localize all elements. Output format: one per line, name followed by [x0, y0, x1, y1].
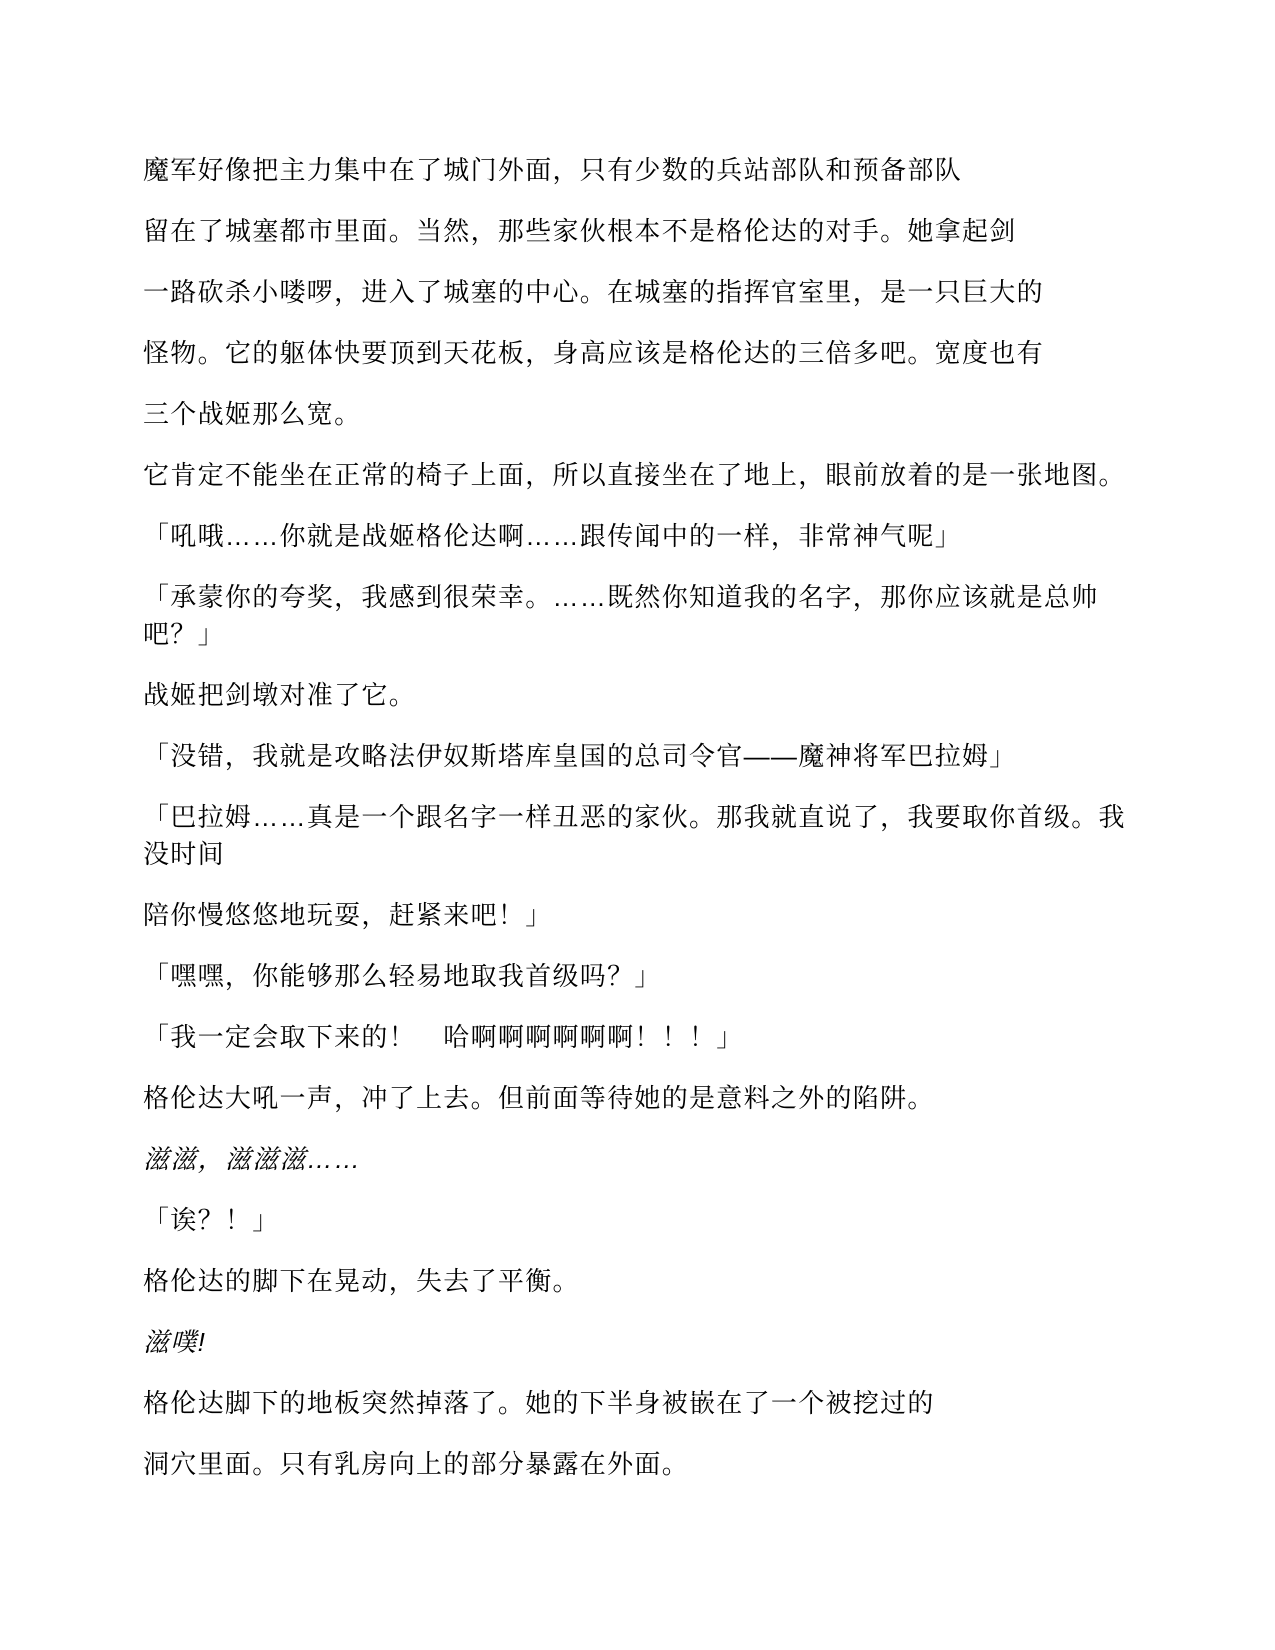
text-line: 战姬把剑墩对准了它。 [143, 677, 1135, 714]
text-line: 怪物。它的躯体快要顶到天花板，身高应该是格伦达的三倍多吧。宽度也有 [143, 335, 1135, 372]
text-line: 「嘿嘿，你能够那么轻易地取我首级吗？」 [143, 958, 1135, 995]
paragraph: 留在了城塞都市里面。当然，那些家伙根本不是格伦达的对手。她拿起剑 [143, 213, 1135, 250]
paragraph: 「巴拉姆……真是一个跟名字一样丑恶的家伙。那我就直说了，我要取你首级。我没时间 [143, 799, 1135, 873]
paragraph: 格伦达的脚下在晃动，失去了平衡。 [143, 1263, 1135, 1300]
text-line: 魔军好像把主力集中在了城门外面，只有少数的兵站部队和预备部队 [143, 152, 1135, 189]
paragraph: 怪物。它的躯体快要顶到天花板，身高应该是格伦达的三倍多吧。宽度也有 [143, 335, 1135, 372]
paragraph: 战姬把剑墩对准了它。 [143, 677, 1135, 714]
text-line: 没时间 [143, 836, 1135, 873]
text-line: 「我一定会取下来的！ 哈啊啊啊啊啊啊！！！」 [143, 1019, 1135, 1056]
paragraph: 它肯定不能坐在正常的椅子上面，所以直接坐在了地上，眼前放着的是一张地图。 [143, 457, 1135, 494]
paragraph: 「承蒙你的夸奖，我感到很荣幸。……既然你知道我的名字，那你应该就是总帅吧？」 [143, 579, 1135, 653]
text-line: 格伦达大吼一声，冲了上去。但前面等待她的是意料之外的陷阱。 [143, 1080, 1135, 1117]
paragraph: 「诶？！」 [143, 1202, 1135, 1239]
paragraph: 滋噗! [143, 1324, 1135, 1361]
paragraph: 三个战姬那么宽。 [143, 396, 1135, 433]
text-line: 三个战姬那么宽。 [143, 396, 1135, 433]
text-line: 格伦达的脚下在晃动，失去了平衡。 [143, 1263, 1135, 1300]
paragraph: 「嘿嘿，你能够那么轻易地取我首级吗？」 [143, 958, 1135, 995]
text-line: 吧？」 [143, 616, 1135, 653]
paragraph: 格伦达大吼一声，冲了上去。但前面等待她的是意料之外的陷阱。 [143, 1080, 1135, 1117]
paragraph: 「我一定会取下来的！ 哈啊啊啊啊啊啊！！！」 [143, 1019, 1135, 1056]
paragraph: 格伦达脚下的地板突然掉落了。她的下半身被嵌在了一个被挖过的 [143, 1385, 1135, 1422]
paragraph: 「没错，我就是攻略法伊奴斯塔库皇国的总司令官——魔神将军巴拉姆」 [143, 738, 1135, 775]
paragraph: 陪你慢悠悠地玩耍，赶紧来吧！」 [143, 897, 1135, 934]
text-line: 滋滋，滋滋滋…… [143, 1141, 1135, 1178]
text-line: 洞穴里面。只有乳房向上的部分暴露在外面。 [143, 1446, 1135, 1483]
text-line: 「没错，我就是攻略法伊奴斯塔库皇国的总司令官——魔神将军巴拉姆」 [143, 738, 1135, 775]
text-line: 它肯定不能坐在正常的椅子上面，所以直接坐在了地上，眼前放着的是一张地图。 [143, 457, 1135, 494]
paragraph: 洞穴里面。只有乳房向上的部分暴露在外面。 [143, 1446, 1135, 1483]
paragraph: 滋滋，滋滋滋…… [143, 1141, 1135, 1178]
page-content: 魔军好像把主力集中在了城门外面，只有少数的兵站部队和预备部队留在了城塞都市里面。… [0, 0, 1275, 1650]
paragraph: 一路砍杀小喽啰，进入了城塞的中心。在城塞的指挥官室里，是一只巨大的 [143, 274, 1135, 311]
paragraph: 魔军好像把主力集中在了城门外面，只有少数的兵站部队和预备部队 [143, 152, 1135, 189]
text-line: 格伦达脚下的地板突然掉落了。她的下半身被嵌在了一个被挖过的 [143, 1385, 1135, 1422]
text-line: 「吼哦……你就是战姬格伦达啊……跟传闻中的一样，非常神气呢」 [143, 518, 1135, 555]
text-line: 滋噗! [143, 1324, 1135, 1361]
paragraph: 「吼哦……你就是战姬格伦达啊……跟传闻中的一样，非常神气呢」 [143, 518, 1135, 555]
text-line: 「巴拉姆……真是一个跟名字一样丑恶的家伙。那我就直说了，我要取你首级。我 [143, 799, 1135, 836]
text-line: 一路砍杀小喽啰，进入了城塞的中心。在城塞的指挥官室里，是一只巨大的 [143, 274, 1135, 311]
text-line: 留在了城塞都市里面。当然，那些家伙根本不是格伦达的对手。她拿起剑 [143, 213, 1135, 250]
text-line: 「承蒙你的夸奖，我感到很荣幸。……既然你知道我的名字，那你应该就是总帅 [143, 579, 1135, 616]
text-line: 「诶？！」 [143, 1202, 1135, 1239]
text-line: 陪你慢悠悠地玩耍，赶紧来吧！」 [143, 897, 1135, 934]
